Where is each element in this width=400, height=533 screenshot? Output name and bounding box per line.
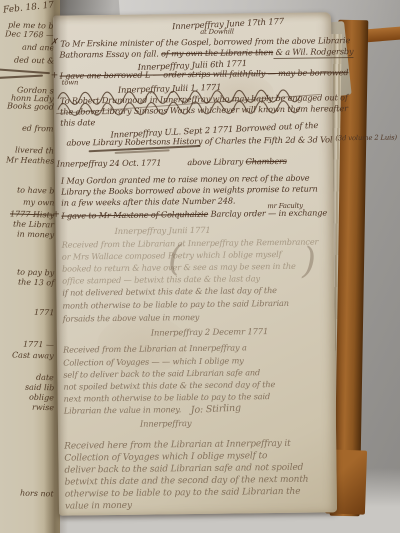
left-page-fragment: hors not	[20, 489, 54, 499]
left-page-fragment: 1771	[34, 308, 55, 318]
entry-line: next month otherwise to be liable to pay…	[64, 392, 270, 403]
entry-line: in a few weeks after this date Number 24…	[61, 197, 235, 207]
left-page-fragment-struck: 1777 Histy	[10, 209, 55, 219]
borrower-signature: & a Wil. Rodgersby	[273, 46, 353, 59]
left-page-fragment: in money	[17, 230, 54, 240]
entry-text: Bathorams Essay on fall.	[59, 48, 161, 59]
left-page-fragment: ed from	[22, 124, 54, 134]
left-page-fragment: my own	[22, 198, 54, 208]
entry-line: if not delivered betwixt this date & the…	[62, 286, 277, 297]
left-page-fragment: said lib	[25, 383, 55, 393]
left-page-fragment: and ane	[22, 43, 54, 53]
entry-heading-date: Innerpeffray 2 Decemr 1771	[151, 327, 268, 337]
left-page-fragment: the 13 of	[18, 278, 54, 288]
entry-line: or Mrs Wallace composed Poetry which I o…	[62, 250, 282, 261]
entry-text: Librarian the value in money.	[64, 404, 181, 415]
left-page-fragment: Books good	[7, 101, 54, 111]
left-page-fragment: rwise	[32, 403, 54, 413]
manuscript-page: Innerpeffray June 17th 177 at Dowhill ✗ …	[53, 12, 337, 515]
entry-line: office stamped — betwixt this date & the…	[62, 274, 260, 285]
left-page-fragment: 1771 —	[23, 340, 54, 350]
scribble-overlay	[56, 86, 326, 123]
left-page-fragment: oblige	[29, 393, 54, 403]
margin-mark: ✗	[50, 39, 58, 48]
entry-line: Received from the Librarian at Innerpeff…	[63, 343, 247, 353]
entry-line: forsaids the above value in money	[63, 313, 200, 323]
left-page-fragment: livered th	[15, 145, 54, 155]
entry-line: Bathorams Essay on fall. of my own the L…	[59, 47, 353, 59]
entry-line: otherwise to be liable to pay to the sai…	[65, 488, 301, 500]
margin-mark: +	[52, 211, 60, 220]
entry-line: Collection of Voyages which I oblige mys…	[64, 452, 267, 463]
left-page-fragment: Dec 1768 —	[5, 29, 54, 39]
entry-line: Library the Books borrowed above in weig…	[61, 184, 318, 195]
borrower-signature: Jo: Stirling	[191, 404, 242, 416]
entry-text-struck: I gave to Mr Maxtone of Colquhalzie	[61, 209, 208, 221]
entry-line: I gave to Mr Maxtone of Colquhalzie Barc…	[61, 208, 327, 219]
entry-line: value in money	[65, 502, 132, 512]
entry-subheading-place: at Dowhill	[200, 29, 234, 36]
entry-line: Received from the Librarian at Innerpeff…	[62, 237, 319, 248]
entry-line: self to deliver back to the said Librari…	[63, 368, 260, 379]
left-page-fragment: date	[36, 373, 54, 382]
left-page-fragment: Feb. 18. 17	[2, 0, 54, 15]
ink-flourish	[0, 68, 50, 74]
left-page-fragment: the Librar	[13, 219, 54, 229]
entry-text: above Library	[187, 156, 245, 167]
entry-heading-place: Innerpeffray	[140, 419, 192, 428]
entry-line: town	[62, 79, 79, 86]
left-page-fragment: Mr Heathes	[6, 155, 54, 165]
entry-note: (3d volume 2 Luis)	[335, 134, 397, 143]
ink-flourish	[0, 75, 43, 80]
ink-flourish-paren: )	[302, 241, 317, 282]
entry-text-struck: of my own the Librarie then	[161, 47, 273, 58]
left-page-fragment: Cast away	[12, 350, 54, 360]
entry-line: Collection of Voyages — — which I oblige…	[63, 356, 244, 366]
entry-line: betwixt this date and the second day of …	[65, 476, 309, 488]
entry-line: not spoiled betwixt this date & the seco…	[63, 380, 275, 391]
entry-date: Innerpeffray 24 Oct. 1771	[57, 157, 162, 168]
photograph-of-manuscript-book: Feb. 18. 17 ple me to b Dec 1768 — and a…	[0, 0, 400, 533]
entry-text: Barclay order — in exchange	[208, 207, 327, 218]
left-page-fragment: ded out &	[14, 55, 55, 65]
left-page-fragment: to have b	[16, 186, 54, 196]
entry-line: deliver back to the said Librarian safe …	[64, 464, 303, 476]
entry-line: Innerpeffray 24 Oct. 1771above Library C…	[57, 157, 287, 168]
entry-line: Librarian the value in money.Jo: Stirlin…	[64, 404, 242, 416]
entry-line: Received here from the Librarian at Inne…	[64, 440, 290, 452]
entry-line: month otherwise to be liable to pay to t…	[62, 299, 288, 310]
entry-line: booked to return & have over & see as ma…	[62, 262, 296, 273]
entry-heading-date: Innerpeffray Junii 1771	[115, 226, 211, 236]
entry-line-struck: I gave ane borrowed L — order strips wil…	[60, 68, 349, 80]
margin-mark: +	[51, 72, 59, 81]
entry-text-struck: Chambers	[246, 156, 287, 167]
left-page-fragment: to pay by	[17, 268, 54, 278]
